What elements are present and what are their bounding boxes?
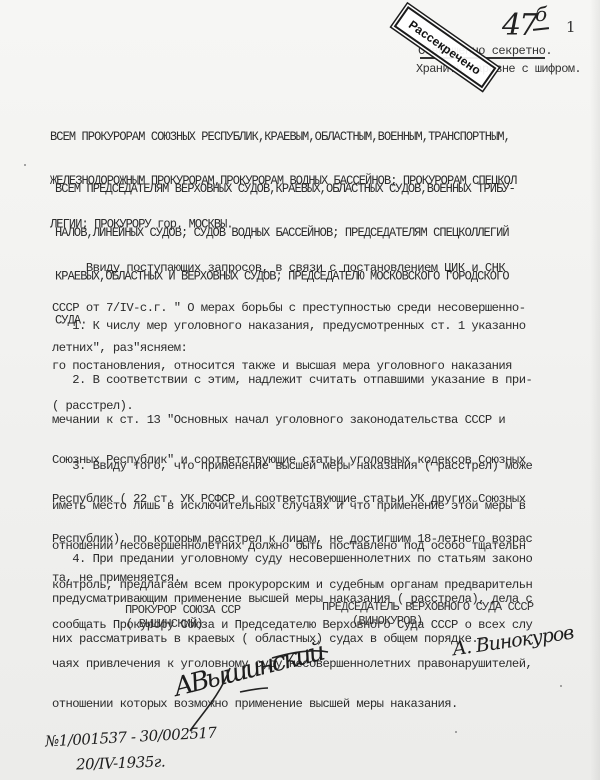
paper-speck xyxy=(455,731,457,733)
paper-speck xyxy=(560,685,562,687)
registration-date: 20/IV-1935г. xyxy=(76,752,166,773)
text-line: Ввиду поступающих запросов, в связи с по… xyxy=(52,262,525,275)
prosecutor-name: ( ВЫШИНСКИЙ) xyxy=(126,617,203,631)
addressee-line: ВСЕМ ПРЕДСЕДАТЕЛЯМ ВЕРХОВНЫХ СУДОВ,КРАЕВ… xyxy=(55,182,515,197)
paper-edge-shadow xyxy=(590,0,600,780)
addressee-line: ВСЕМ ПРОКУРОРАМ СОЮЗНЫХ РЕСПУБЛИК,КРАЕВЫ… xyxy=(50,130,516,145)
text-line: мечании к ст. 13 "Основных начал уголовн… xyxy=(52,414,532,427)
court-chair-name: (ВИНОКУРОВ) xyxy=(352,614,422,628)
text-line: 3. Ввиду того, что применение высшей мер… xyxy=(52,460,532,473)
court-chair-title: ПРЕДСЕДАТЕЛЬ ВЕРХОВНОГО СУДА СССР xyxy=(322,600,533,614)
folio-number: 47 xyxy=(502,8,536,43)
paper-speck xyxy=(24,164,26,166)
folio-suffix: б xyxy=(535,2,547,26)
text-line: 1. К числу мер уголовного наказания, пре… xyxy=(52,320,525,333)
text-line: 2. В соответствии с этим, надлежит счита… xyxy=(52,374,532,387)
signature-flourish xyxy=(160,646,340,736)
prosecutor-title: ПРОКУРОР СОЮЗА ССР xyxy=(125,603,240,617)
storage-note: Хранить наравне с шифром. xyxy=(416,62,581,76)
text-line: иметь место лишь в исключительных случая… xyxy=(52,500,532,513)
sheet-number: 1 xyxy=(566,18,576,36)
folio-underline xyxy=(533,27,549,31)
document-page: 47 б 1 Совершенно секретно. Хранить нара… xyxy=(0,0,600,780)
text-line: 4. При предании уголовному суду несоверш… xyxy=(52,553,532,566)
